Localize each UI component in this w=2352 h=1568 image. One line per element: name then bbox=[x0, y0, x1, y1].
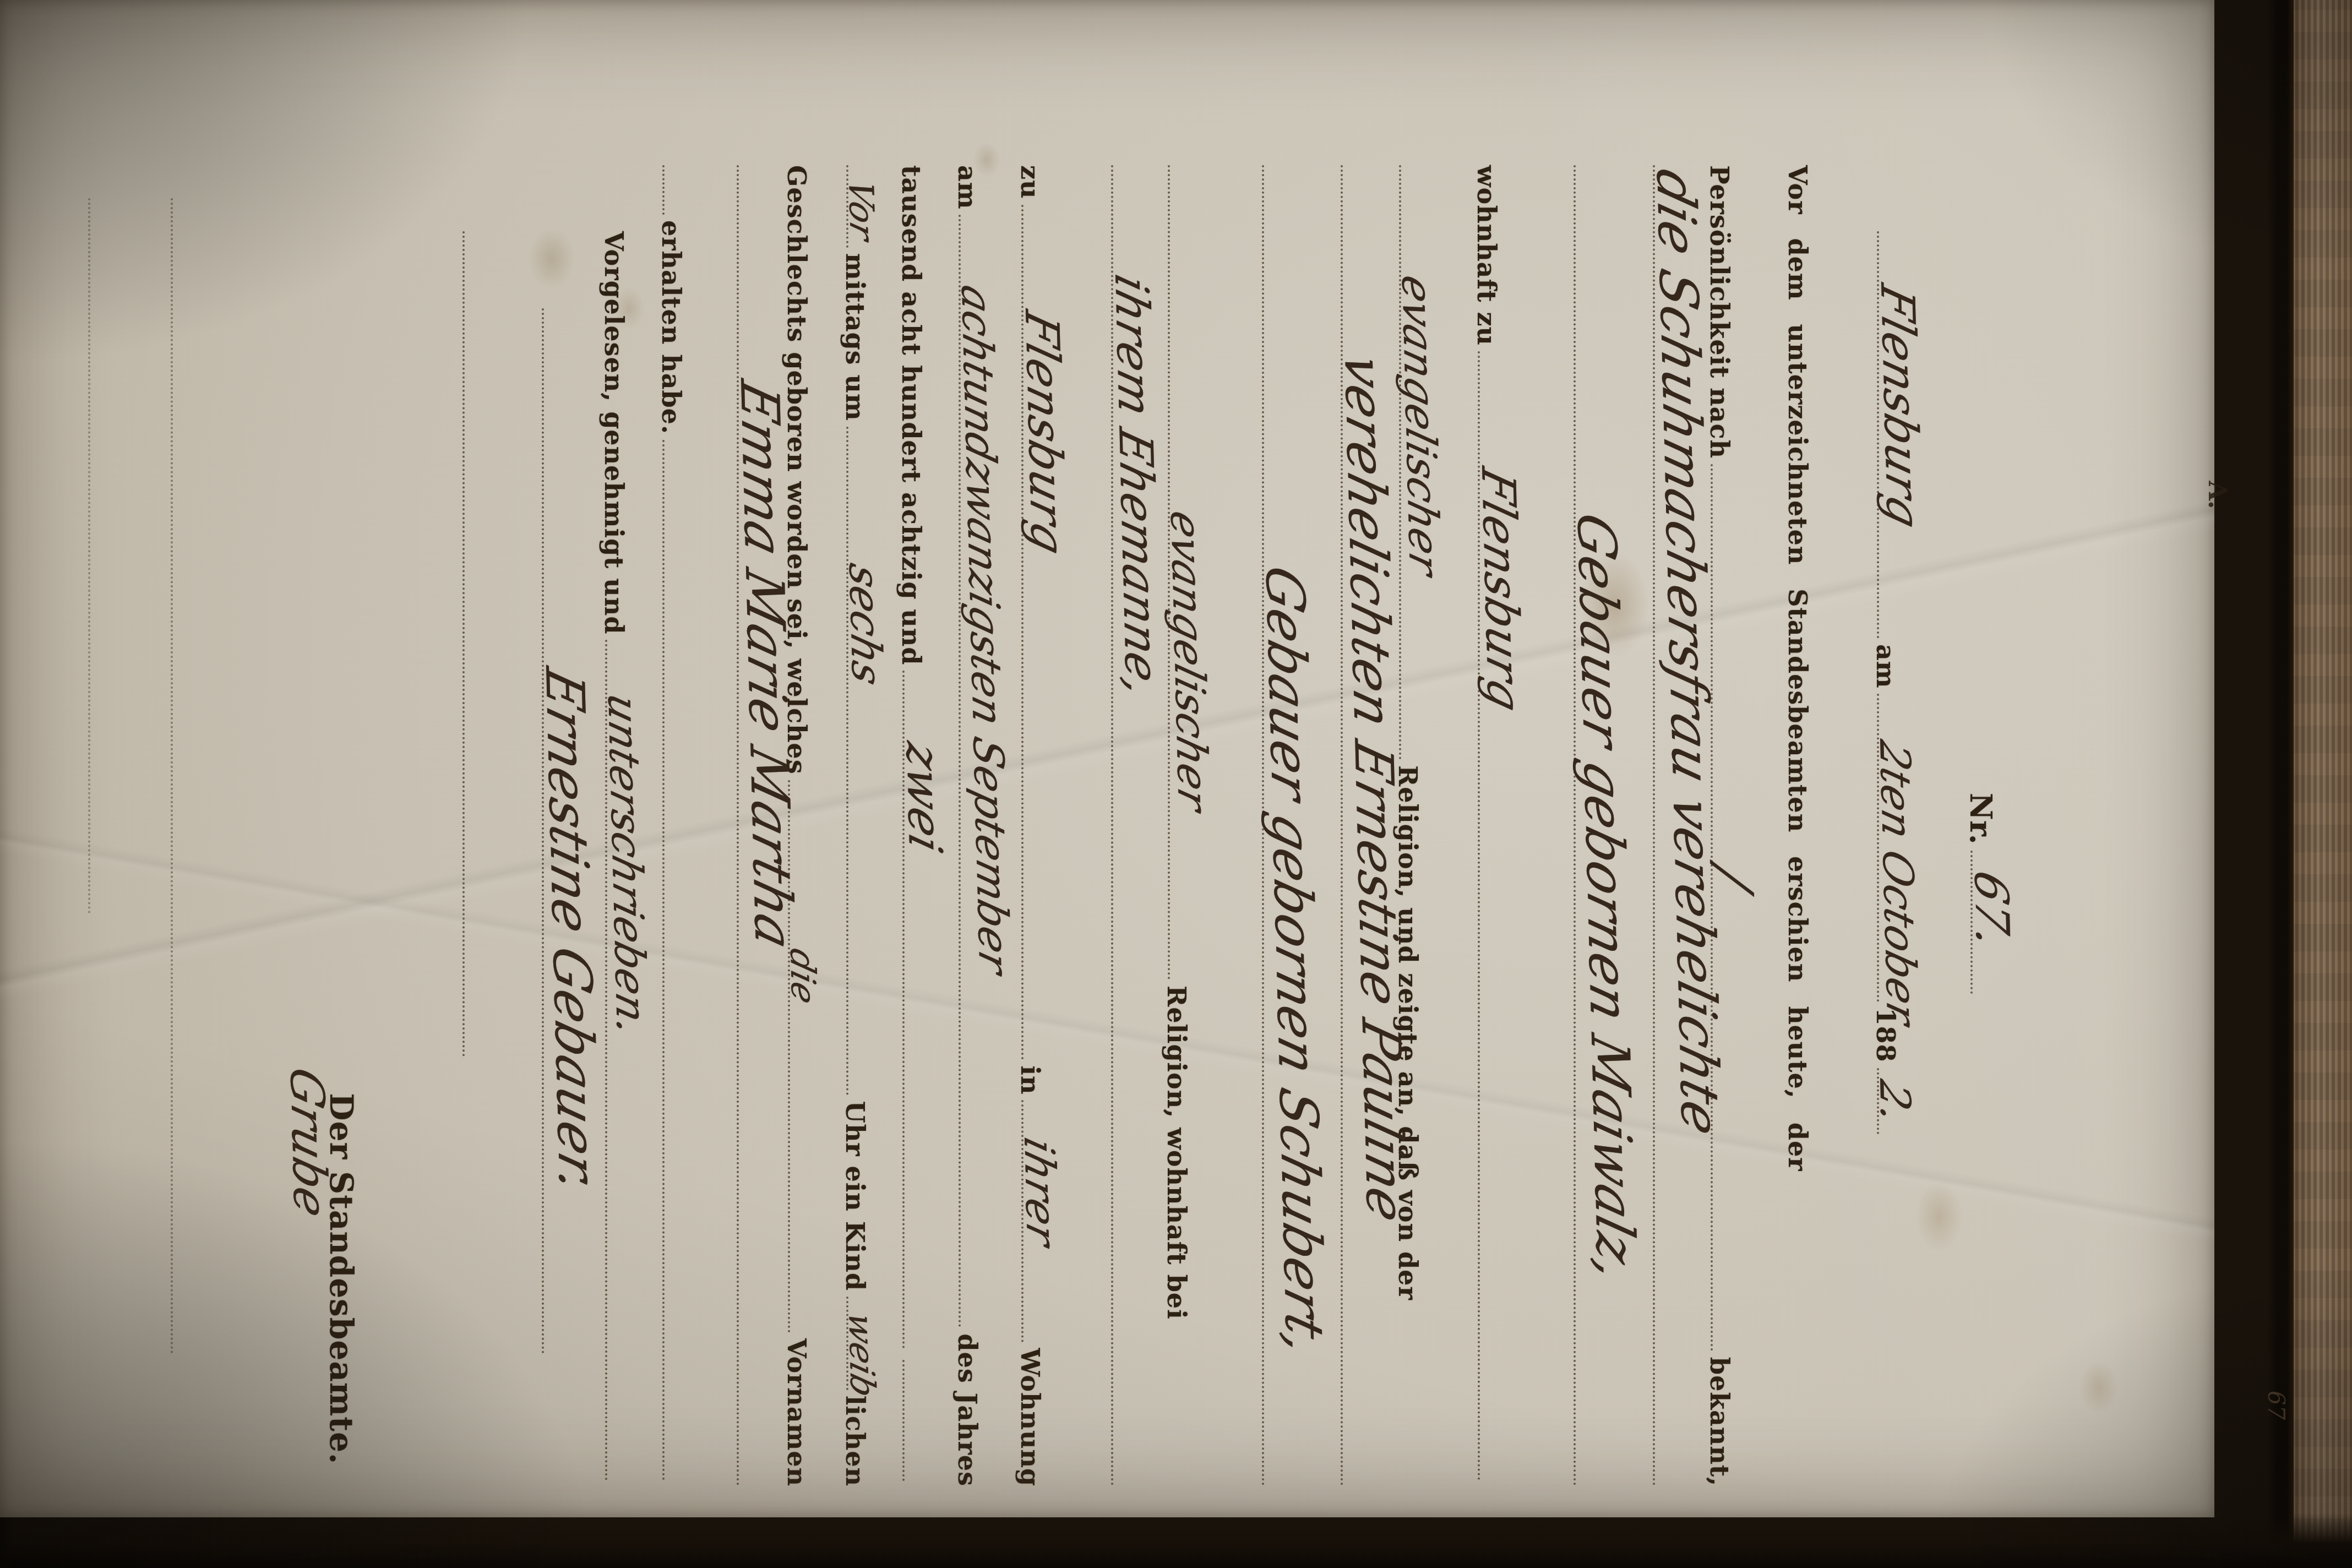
religion-entry-1: evangelischer bbox=[1398, 272, 1443, 579]
declarant-signature: Ernestine Gebauer. bbox=[541, 664, 602, 1197]
mother-line-2: Gebauer gebornen Schubert, bbox=[1262, 165, 1268, 1487]
tausend-label: tausend acht hundert achtzig und bbox=[896, 165, 926, 665]
wohnung-whose-entry: ihrer bbox=[1020, 1134, 1060, 1250]
declarant-entry-2: Gebauer gebornen Maiwalz, bbox=[1572, 509, 1640, 1286]
standesbeamte-line: Der Standesbeamte. bbox=[323, 165, 360, 1487]
religion-label-2: Religion, wohnhaft bei bbox=[1162, 986, 1191, 1320]
mittag-prefix-entry: Vor bbox=[845, 177, 878, 243]
declarant-line-1: die Schuhmachersfrau verehelichte bbox=[1653, 165, 1659, 1487]
place-entry: Flensburg bbox=[1876, 281, 1924, 532]
birth-record-form: Nr. 67. Flensburg am 2ten October 188 bbox=[1, 165, 2214, 1487]
lichen-label: lichen bbox=[840, 1396, 870, 1487]
record-number-line: Nr. 67. bbox=[1963, 165, 1999, 1487]
hour-entry: sechs bbox=[845, 560, 886, 689]
paper-sheet: Nr. 67. Flensburg am 2ten October 188 bbox=[0, 0, 2214, 1517]
year-word-entry: zwei bbox=[901, 739, 946, 857]
bekannt-label: bekannt, bbox=[1705, 1357, 1734, 1487]
erhalten-line: erhalten habe. bbox=[656, 165, 686, 1487]
blank-dotted-line-3 bbox=[88, 165, 95, 1487]
blank-dotted-line-1 bbox=[462, 165, 469, 1487]
vorgelesen-label: Vorgelesen, genehmigt und bbox=[599, 231, 629, 634]
am-label: am bbox=[1871, 644, 1901, 688]
declarant-line-2: Gebauer gebornen Maiwalz, bbox=[1574, 165, 1580, 1487]
birth-date-line: am achtundzwanzigsten September des Jahr… bbox=[952, 165, 982, 1487]
mother-entry-2: Gebauer gebornen Schubert, bbox=[1261, 562, 1329, 1360]
mittags-um-label: mittags um bbox=[840, 253, 870, 421]
book-cover-edge bbox=[2289, 0, 2352, 1568]
year-entry: 2. bbox=[1876, 1077, 1914, 1127]
birth-time-line: Vor mittags um sechs Uhr ein Kind weib l… bbox=[840, 165, 870, 1487]
des-jahres-label: des Jahres bbox=[952, 1333, 982, 1487]
zu-label: zu bbox=[1015, 165, 1045, 199]
page-number-mark: 67 bbox=[2263, 1391, 2290, 1420]
intro-text: Vor dem unterzeichneten Standesbeamten e… bbox=[1783, 165, 1812, 1487]
intro-line: Vor dem unterzeichneten Standesbeamten e… bbox=[1783, 165, 1812, 1487]
declarant-signature-line: Ernestine Gebauer. bbox=[542, 165, 548, 1487]
mother-line-1: verehelichten Ernestine Pauline bbox=[1341, 165, 1347, 1487]
birth-place-entry: Flensburg bbox=[1020, 307, 1068, 559]
religion-line-2: evangelischer Religion, wohnhaft bei bbox=[1162, 165, 1191, 1487]
unterschrieben-entry: unterschrieben. bbox=[604, 690, 650, 1040]
blank-dotted-line-2 bbox=[171, 165, 177, 1487]
record-date-entry: 2ten October bbox=[1876, 737, 1921, 1029]
wohnhaft-bei-line: ihrem Ehemanne, bbox=[1111, 165, 1118, 1487]
place-date-line: Flensburg am 2ten October 188 2. bbox=[1871, 165, 1901, 1487]
vorgelesen-line: Vorgelesen, genehmigt und unterschrieben… bbox=[599, 165, 629, 1487]
wohnhaft-zu-label: wohnhaft zu bbox=[1472, 165, 1501, 346]
binding-shadow-bottom bbox=[0, 1513, 2352, 1568]
am2-label: am bbox=[952, 165, 982, 209]
vornamen-label: Vornamen bbox=[782, 1338, 812, 1487]
photograph-of-birth-record: Nr. 67. Flensburg am 2ten October 188 bbox=[0, 0, 2352, 1568]
residence-line: wohnhaft zu Flensburg bbox=[1472, 165, 1501, 1487]
in-label: in bbox=[1015, 1066, 1045, 1095]
official-signature: Grube bbox=[285, 1064, 331, 1221]
record-number-label: Nr. bbox=[1963, 793, 1999, 845]
year-words-line: tausend acht hundert achtzig und zwei bbox=[896, 165, 926, 1487]
birth-place-line: zu Flensburg in ihrer Wohnung bbox=[1015, 165, 1045, 1487]
margin-letter-mark: A. bbox=[2203, 481, 2233, 509]
register-page: Nr. 67. Flensburg am 2ten October 188 bbox=[0, 0, 2285, 1520]
residence-entry: Flensburg bbox=[1477, 464, 1525, 716]
gender-entry: weib bbox=[845, 1310, 878, 1401]
wohnhaft-bei-entry: ihrem Ehemanne, bbox=[1110, 271, 1162, 701]
erhalten-label: erhalten habe. bbox=[656, 220, 686, 434]
record-number-entry: 67. bbox=[1969, 867, 2013, 952]
religion-entry-2: evangelischer bbox=[1167, 508, 1212, 815]
official-signature-line: Grube bbox=[288, 165, 293, 1487]
child-name-entry: Emma Marie Martha bbox=[736, 377, 798, 954]
uhr-label: Uhr ein Kind bbox=[840, 1101, 870, 1291]
child-name-line: Emma Marie Martha bbox=[737, 165, 743, 1487]
die-entry: die bbox=[787, 946, 819, 1007]
birth-day-entry: achtundzwanzigsten September bbox=[957, 282, 1013, 978]
wohnung-label: Wohnung bbox=[1015, 1348, 1045, 1487]
